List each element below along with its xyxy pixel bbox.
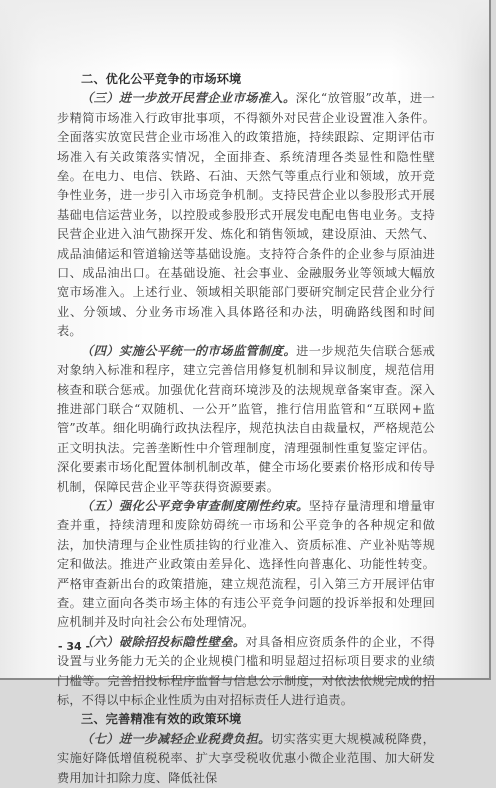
paragraph-6: （六）破除招投标隐性壁垒。对具备相应资质条件的企业，不得设置与业务能力无关的企业…	[57, 633, 435, 684]
page-content: 二、优化公平竞争的市场环境 （三）进一步放开民营企业市场准入。深化“放管服”改革…	[57, 70, 435, 684]
document-page: 二、优化公平竞争的市场环境 （三）进一步放开民营企业市场准入。深化“放管服”改革…	[0, 0, 491, 680]
paragraph-lead: （三）进一步放开民营企业市场准入。	[81, 91, 296, 105]
paragraph-lead: （六）破除招投标隐性壁垒。	[81, 635, 246, 649]
paragraph-4: （四）实施公平统一的市场监管制度。进一步规范失信联合惩戒对象纳入标准和程序，建立…	[57, 342, 435, 497]
paragraph-text: 坚持存量清理和增量审查并重，持续清理和废除妨碍统一市场和公平竞争的各种规定和做法…	[57, 499, 435, 629]
paragraph-3: （三）进一步放开民营企业市场准入。深化“放管服”改革，进一步精简市场准入行政审批…	[57, 89, 435, 341]
paragraph-text: 进一步规范失信联合惩戒对象纳入标准和程序，建立完善信用修复机制和异议制度，规范信…	[57, 344, 435, 494]
paragraph-lead: （四）实施公平统一的市场监管制度。	[81, 344, 296, 358]
section-heading-2: 二、优化公平竞争的市场环境	[57, 70, 435, 89]
paragraph-lead: （五）强化公平竞争审查制度刚性约束。	[81, 499, 309, 513]
paragraph-text: 深化“放管服”改革，进一步精简市场准入行政审批事项，不得额外对民营企业设置准入条…	[57, 91, 435, 338]
paragraph-5: （五）强化公平竞争审查制度刚性约束。坚持存量清理和增量审查并重，持续清理和废除妨…	[57, 497, 435, 633]
page-number: - 34 -	[58, 640, 90, 653]
